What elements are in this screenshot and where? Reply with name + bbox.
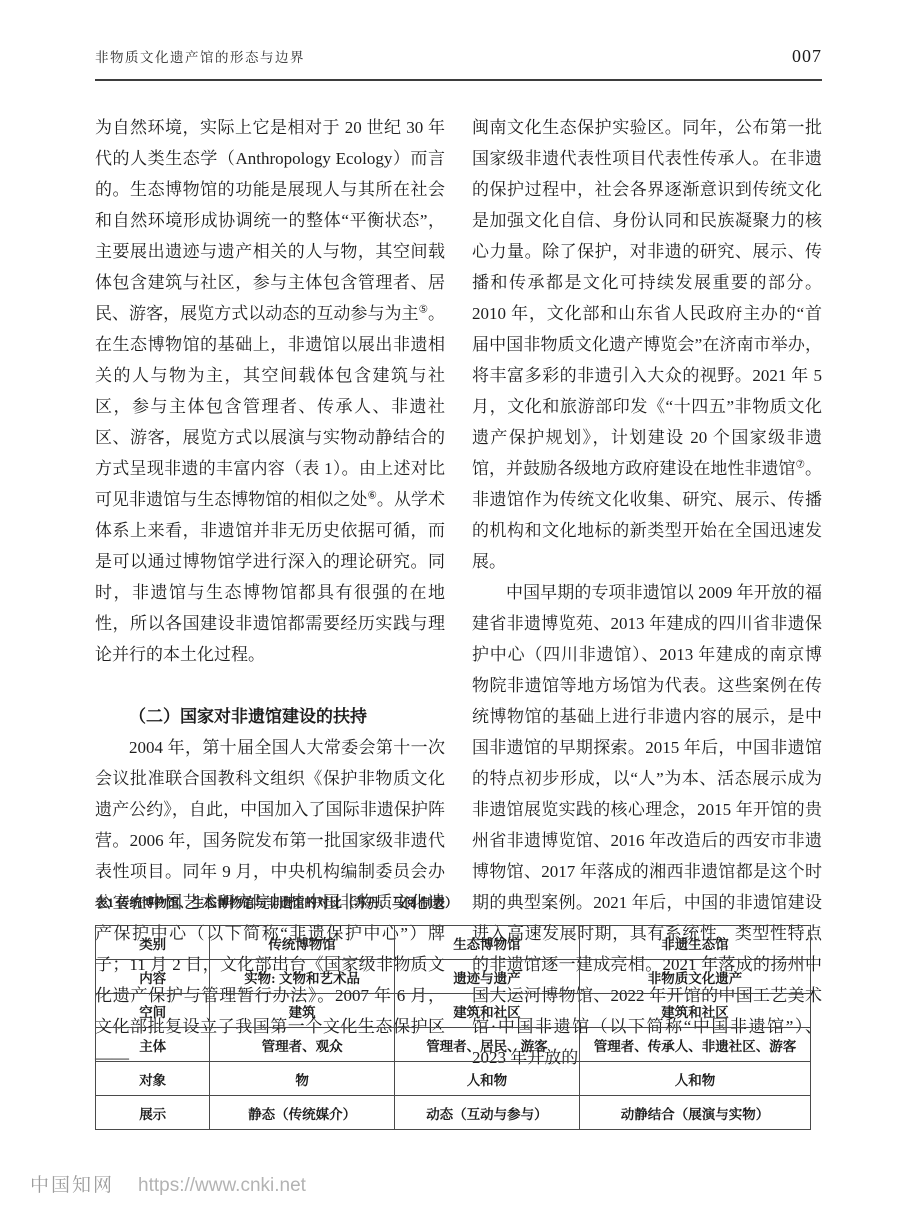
cnki-watermark: 中国知网 https://www.cnki.net bbox=[30, 1170, 306, 1197]
table-header-cell: 类别 bbox=[96, 926, 210, 960]
footnote-marker: ⑤ bbox=[419, 304, 428, 315]
table-row: 主体管理者、观众管理者、居民、游客管理者、传承人、非遗社区、游客 bbox=[96, 1028, 811, 1062]
table-row: 对象物人和物人和物 bbox=[96, 1062, 811, 1096]
comparison-table-block: 表1 传统博物馆、生态博物馆与非遗馆的对比（苏丹、马阅 制表） 类别传统博物馆生… bbox=[95, 893, 811, 1130]
table-header-cell: 生态博物馆 bbox=[394, 926, 579, 960]
footnote-marker: ⑦ bbox=[796, 459, 805, 470]
section-heading: （二）国家对非遗馆建设的扶持 bbox=[95, 701, 445, 732]
table-cell: 动静结合（展演与实物） bbox=[580, 1096, 811, 1130]
table-cell: 建筑和社区 bbox=[580, 994, 811, 1028]
table-header-cell: 非遗生态馆 bbox=[580, 926, 811, 960]
table-header-cell: 传统博物馆 bbox=[210, 926, 394, 960]
header-rule bbox=[95, 79, 822, 81]
table-row: 展示静态（传统媒介）动态（互动与参与）动静结合（展演与实物） bbox=[96, 1096, 811, 1130]
table-cell: 管理者、居民、游客 bbox=[394, 1028, 579, 1062]
table-cell: 人和物 bbox=[394, 1062, 579, 1096]
cnki-logo-text: 中国知网 bbox=[30, 1170, 114, 1197]
running-title: 非物质文化遗产馆的形态与边界 bbox=[95, 46, 305, 66]
page-number: 007 bbox=[792, 46, 822, 67]
table-cell: 空间 bbox=[96, 994, 210, 1028]
cnki-url: https://www.cnki.net bbox=[138, 1175, 306, 1197]
table-cell: 管理者、观众 bbox=[210, 1028, 394, 1062]
table-cell: 动态（互动与参与） bbox=[394, 1096, 579, 1130]
table-header-row: 类别传统博物馆生态博物馆非遗生态馆 bbox=[96, 926, 811, 960]
table-cell: 建筑 bbox=[210, 994, 394, 1028]
paragraph: 为自然环境，实际上它是相对于 20 世纪 30 年代的人类生态学（Anthrop… bbox=[95, 112, 445, 670]
comparison-table: 类别传统博物馆生态博物馆非遗生态馆 内容实物: 文物和艺术品遗迹与遗产非物质文化… bbox=[95, 925, 811, 1130]
table-row: 内容实物: 文物和艺术品遗迹与遗产非物质文化遗产 bbox=[96, 960, 811, 994]
table-row: 空间建筑建筑和社区建筑和社区 bbox=[96, 994, 811, 1028]
page-header: 非物质文化遗产馆的形态与边界 007 bbox=[95, 46, 822, 67]
table-cell: 建筑和社区 bbox=[394, 994, 579, 1028]
table-cell: 人和物 bbox=[580, 1062, 811, 1096]
table-cell: 展示 bbox=[96, 1096, 210, 1130]
table-cell: 实物: 文物和艺术品 bbox=[210, 960, 394, 994]
paragraph: 闽南文化生态保护实验区。同年，公布第一批国家级非遗代表性项目代表性传承人。在非遗… bbox=[472, 112, 822, 577]
table-cell: 管理者、传承人、非遗社区、游客 bbox=[580, 1028, 811, 1062]
table-cell: 主体 bbox=[96, 1028, 210, 1062]
table-cell: 遗迹与遗产 bbox=[394, 960, 579, 994]
table-cell: 物 bbox=[210, 1062, 394, 1096]
table-caption: 表1 传统博物馆、生态博物馆与非遗馆的对比（苏丹、马阅 制表） bbox=[95, 893, 811, 911]
table-cell: 静态（传统媒介） bbox=[210, 1096, 394, 1130]
table-cell: 内容 bbox=[96, 960, 210, 994]
table-cell: 非物质文化遗产 bbox=[580, 960, 811, 994]
footnote-marker: ⑥ bbox=[367, 490, 376, 501]
table-cell: 对象 bbox=[96, 1062, 210, 1096]
